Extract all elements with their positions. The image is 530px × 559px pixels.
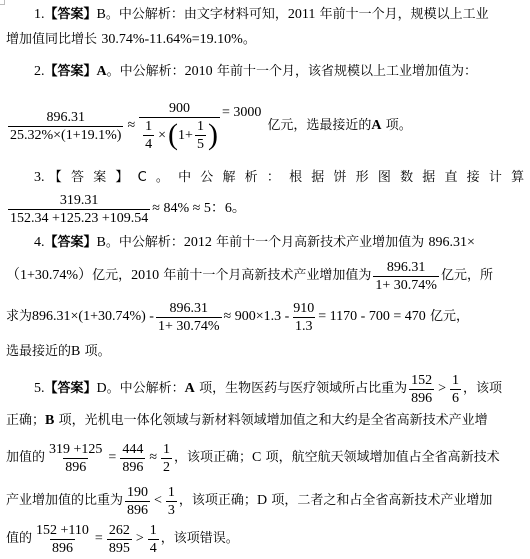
q2-fraction-fifth: 1 5 [195,118,206,153]
q2-result-text: 亿元，选最接近的 [267,117,371,135]
q5-line4-mid: ，该项正确； [179,492,257,510]
q4-choice: B [71,343,80,361]
q4-line4-text: 选最接近的 [6,343,71,361]
q5-fraction-3b: 1 3 [166,484,177,519]
q1-line2-prefix: 增加值同比增长 [6,31,97,49]
q5-text-rest: 项，生物医药与医疗领域所占比重为 [199,380,407,398]
approx-sign: ≈ [149,449,157,467]
denominator: 896 [120,458,145,476]
denominator: 1.3 [293,317,315,335]
q5-fraction-2b: 444 896 [120,441,145,476]
denominator: 3 [166,501,177,519]
q1-text: 。中公解析：由文字材料可知， [106,6,288,24]
q5-fraction-4: 152 +110 896 [34,522,91,557]
denominator: 4 [143,135,154,153]
denominator: 6 [450,389,461,407]
q5-fraction-2: 319 +125 896 [47,441,104,476]
q3-text: 【答案】C。中公解析：根据饼形图数据直接计算： [49,169,530,187]
q5-line-4: 产业增加值的比重为 190 896 < 1 3 ，该项正确； D 项，二者之和占… [6,481,492,521]
q3-line-1: 3. 【答案】C。中公解析：根据饼形图数据直接计算： [34,169,530,187]
q4-answer: B [97,234,106,252]
numerator: 1 [166,484,177,501]
q4-line3-end: 亿元， [430,308,469,326]
numerator: 1 [143,118,154,135]
q2-text: 。中公解析： [107,63,185,81]
eq-sign: = [108,449,116,467]
q2-line-1: 2. 【答案】 A 。中公解析： 2010 年前十一个月，该省规模以上工业增加值… [34,63,477,81]
q1-calc: 30.74%-11.64%=19.10% [101,31,243,49]
eq-sign: = [95,530,103,548]
q5-line5-prefix: 值的 [6,530,32,548]
paren-close: ) [208,120,218,150]
q4-number: 4. [34,234,45,252]
numerator: 444 [120,441,145,458]
q5-answer: D [97,380,107,398]
numerator: 910 [291,300,316,317]
q1-year: 2011 [288,6,315,24]
one-plus: 1+ [178,127,193,144]
numerator: 896.31 [44,109,87,126]
numerator: 319 +125 [47,441,104,458]
q4-fraction-c: 910 1.3 [291,300,316,335]
q4-text: 。中公解析： [106,234,184,252]
q5-line1-end: ，该项 [463,380,502,398]
q5-line-3: 加值的 319 +125 896 = 444 896 ≈ 1 2 ，该项正确； … [6,438,500,478]
denominator: 5 [195,135,206,153]
q5-line2-a: 正确； [6,412,45,430]
page-corner-mark [0,0,5,5]
numerator: 900 [167,100,192,117]
q2-fraction-quarter: 1 4 [143,118,154,153]
q5-text: 。中公解析： [107,380,185,398]
q4-calc4: ≈ 900×1.3 - [224,308,290,326]
gt-sign: > [438,380,446,398]
q5-option-a: A [185,380,195,398]
numerator: 319.31 [58,192,101,209]
q1-line-1: 1. 【答案】 B 。中公解析：由文字材料可知， 2011 年前十一个月，规模以… [34,6,489,24]
q5-number: 5. [34,380,45,398]
numerator: 262 [107,522,132,539]
q2-formula-line: 896.31 25.32%×(1+19.1%) ≈ 900 1 4 × ( 1+… [6,94,412,158]
q5-answer-bracket: 【答案】 [45,380,97,398]
numerator: 896.31 [385,259,428,276]
q5-line2-rest: 项，光机电一体化领域与新材料领域增加值之和大约是全省高新技术产业增 [59,412,488,430]
q5-line-1: 5. 【答案】 D 。中公解析： A 项，生物医药与医疗领域所占比重为 152 … [34,369,502,409]
q5-fraction-1: 152 896 [409,372,434,407]
denominator: 896 [125,501,150,519]
q4-line4-end: 项。 [85,343,111,361]
q5-line4-rest: 项，二者之和占全省高新技术产业增加 [271,492,492,510]
q2-answer: A [97,63,107,81]
paren-open: ( [168,120,178,150]
q3-result: ≈ 84% ≈ 5：6。 [152,200,246,218]
q2-choice-end: 项。 [386,117,412,135]
denominator: 25.32%×(1+19.1%) [8,126,123,144]
denominator: 2 [161,458,172,476]
q5-fraction-3: 190 896 [125,484,150,519]
denominator: 896 [409,389,434,407]
q5-line3-rest: 项，航空航天领域增加值占全省高新技术 [266,449,500,467]
q2-fraction-1: 896.31 25.32%×(1+19.1%) [8,109,123,144]
q4-text-rest: 年前十一个月高新技术产业增加值为 [216,234,424,252]
q5-line4-prefix: 产业增加值的比重为 [6,492,123,510]
numerator: 1 [195,118,206,135]
numerator: 152 +110 [34,522,91,539]
lt-sign: < [154,492,162,510]
denominator: 1 4 × ( 1+ 1 5 ) [139,117,220,153]
q4-year1: 2012 [184,234,212,252]
denominator: 4 [148,539,159,557]
q1-number: 1. [34,6,45,24]
numerator: 1 [161,441,172,458]
denominator: 1+ 30.74% [156,317,222,335]
q4-calc3: 896.31×(1+30.74%) - [32,308,154,326]
q2-result: = 3000 [222,104,261,122]
q5-option-c: C [252,449,261,467]
q4-year2: 2010 [131,267,159,285]
q4-calc1: 896.31× [428,234,474,252]
q1-answer: B [97,6,106,24]
q4-calc2: （1+30.74%） [6,267,92,285]
denominator: 896 [50,539,75,557]
q4-line2-text: 亿元， [92,267,131,285]
q4-line2-end: 亿元，所 [441,267,493,285]
approx-sign: ≈ [127,117,135,135]
q3-formula-line: 319.31 152.34 +125.23 +109.54 ≈ 84% ≈ 5：… [6,190,246,228]
q4-line-3: 求为 896.31×(1+30.74%) - 896.31 1+ 30.74% … [6,297,469,337]
q4-line-4: 选最接近的 B 项。 [6,343,111,361]
q4-calc5: = 1170 - 700 = 470 [318,308,425,326]
q2-answer-bracket: 【答案】 [45,63,97,81]
q5-line-5: 值的 152 +110 896 = 262 895 > 1 4 ，该项错误。 [6,519,239,559]
q5-fraction-4c: 1 4 [148,522,159,557]
q3-fraction: 319.31 152.34 +125.23 +109.54 [8,192,150,227]
gt-sign: > [136,530,144,548]
numerator: 152 [409,372,434,389]
q2-year: 2010 [185,63,213,81]
q4-line-2: （1+30.74%） 亿元， 2010 年前十一个月高新技术产业增加值为 896… [6,256,493,296]
q5-line3-prefix: 加值的 [6,449,45,467]
numerator: 896.31 [168,300,211,317]
q5-fraction-2c: 1 2 [161,441,172,476]
denominator: 1+ 30.74% [373,276,439,294]
denominator: 152.34 +125.23 +109.54 [8,209,150,227]
numerator: 1 [450,372,461,389]
q1-text-rest: 年前十一个月，规模以上工业 [320,6,489,24]
q5-fraction-4b: 262 895 [107,522,132,557]
q4-line-1: 4. 【答案】 B 。中公解析： 2012 年前十一个月高新技术产业增加值为 8… [34,234,475,252]
q2-choice: A [371,117,381,135]
q4-line3-prefix: 求为 [6,308,32,326]
q5-option-d: D [257,492,267,510]
q2-text-rest: 年前十一个月，该省规模以上工业增加值为： [217,63,477,81]
q4-line2-rest: 年前十一个月高新技术产业增加值为 [163,267,371,285]
q5-fraction-1b: 1 6 [450,372,461,407]
denominator: 896 [63,458,88,476]
q1-answer-bracket: 【答案】 [45,6,97,24]
times-sign: × [158,127,166,144]
q3-number: 3. [34,169,45,187]
numerator: 1 [148,522,159,539]
q5-option-b: B [45,412,54,430]
q2-number: 2. [34,63,45,81]
q2-fraction-2: 900 1 4 × ( 1+ 1 5 ) [139,100,220,153]
q5-line3-mid: ，该项正确； [174,449,252,467]
q5-line5-end: ，该项错误。 [161,530,239,548]
q5-line-2: 正确； B 项，光机电一体化领域与新材料领域增加值之和大约是全省高新技术产业增 [6,412,488,430]
q4-fraction-a: 896.31 1+ 30.74% [373,259,439,294]
denominator: 895 [107,539,132,557]
numerator: 190 [125,484,150,501]
answer-explanation-document: 1. 【答案】 B 。中公解析：由文字材料可知， 2011 年前十一个月，规模以… [0,0,530,559]
q1-line-2: 增加值同比增长 30.74%-11.64%=19.10% 。 [6,31,256,49]
q4-answer-bracket: 【答案】 [45,234,97,252]
q4-fraction-b: 896.31 1+ 30.74% [156,300,222,335]
q1-end: 。 [243,31,256,49]
